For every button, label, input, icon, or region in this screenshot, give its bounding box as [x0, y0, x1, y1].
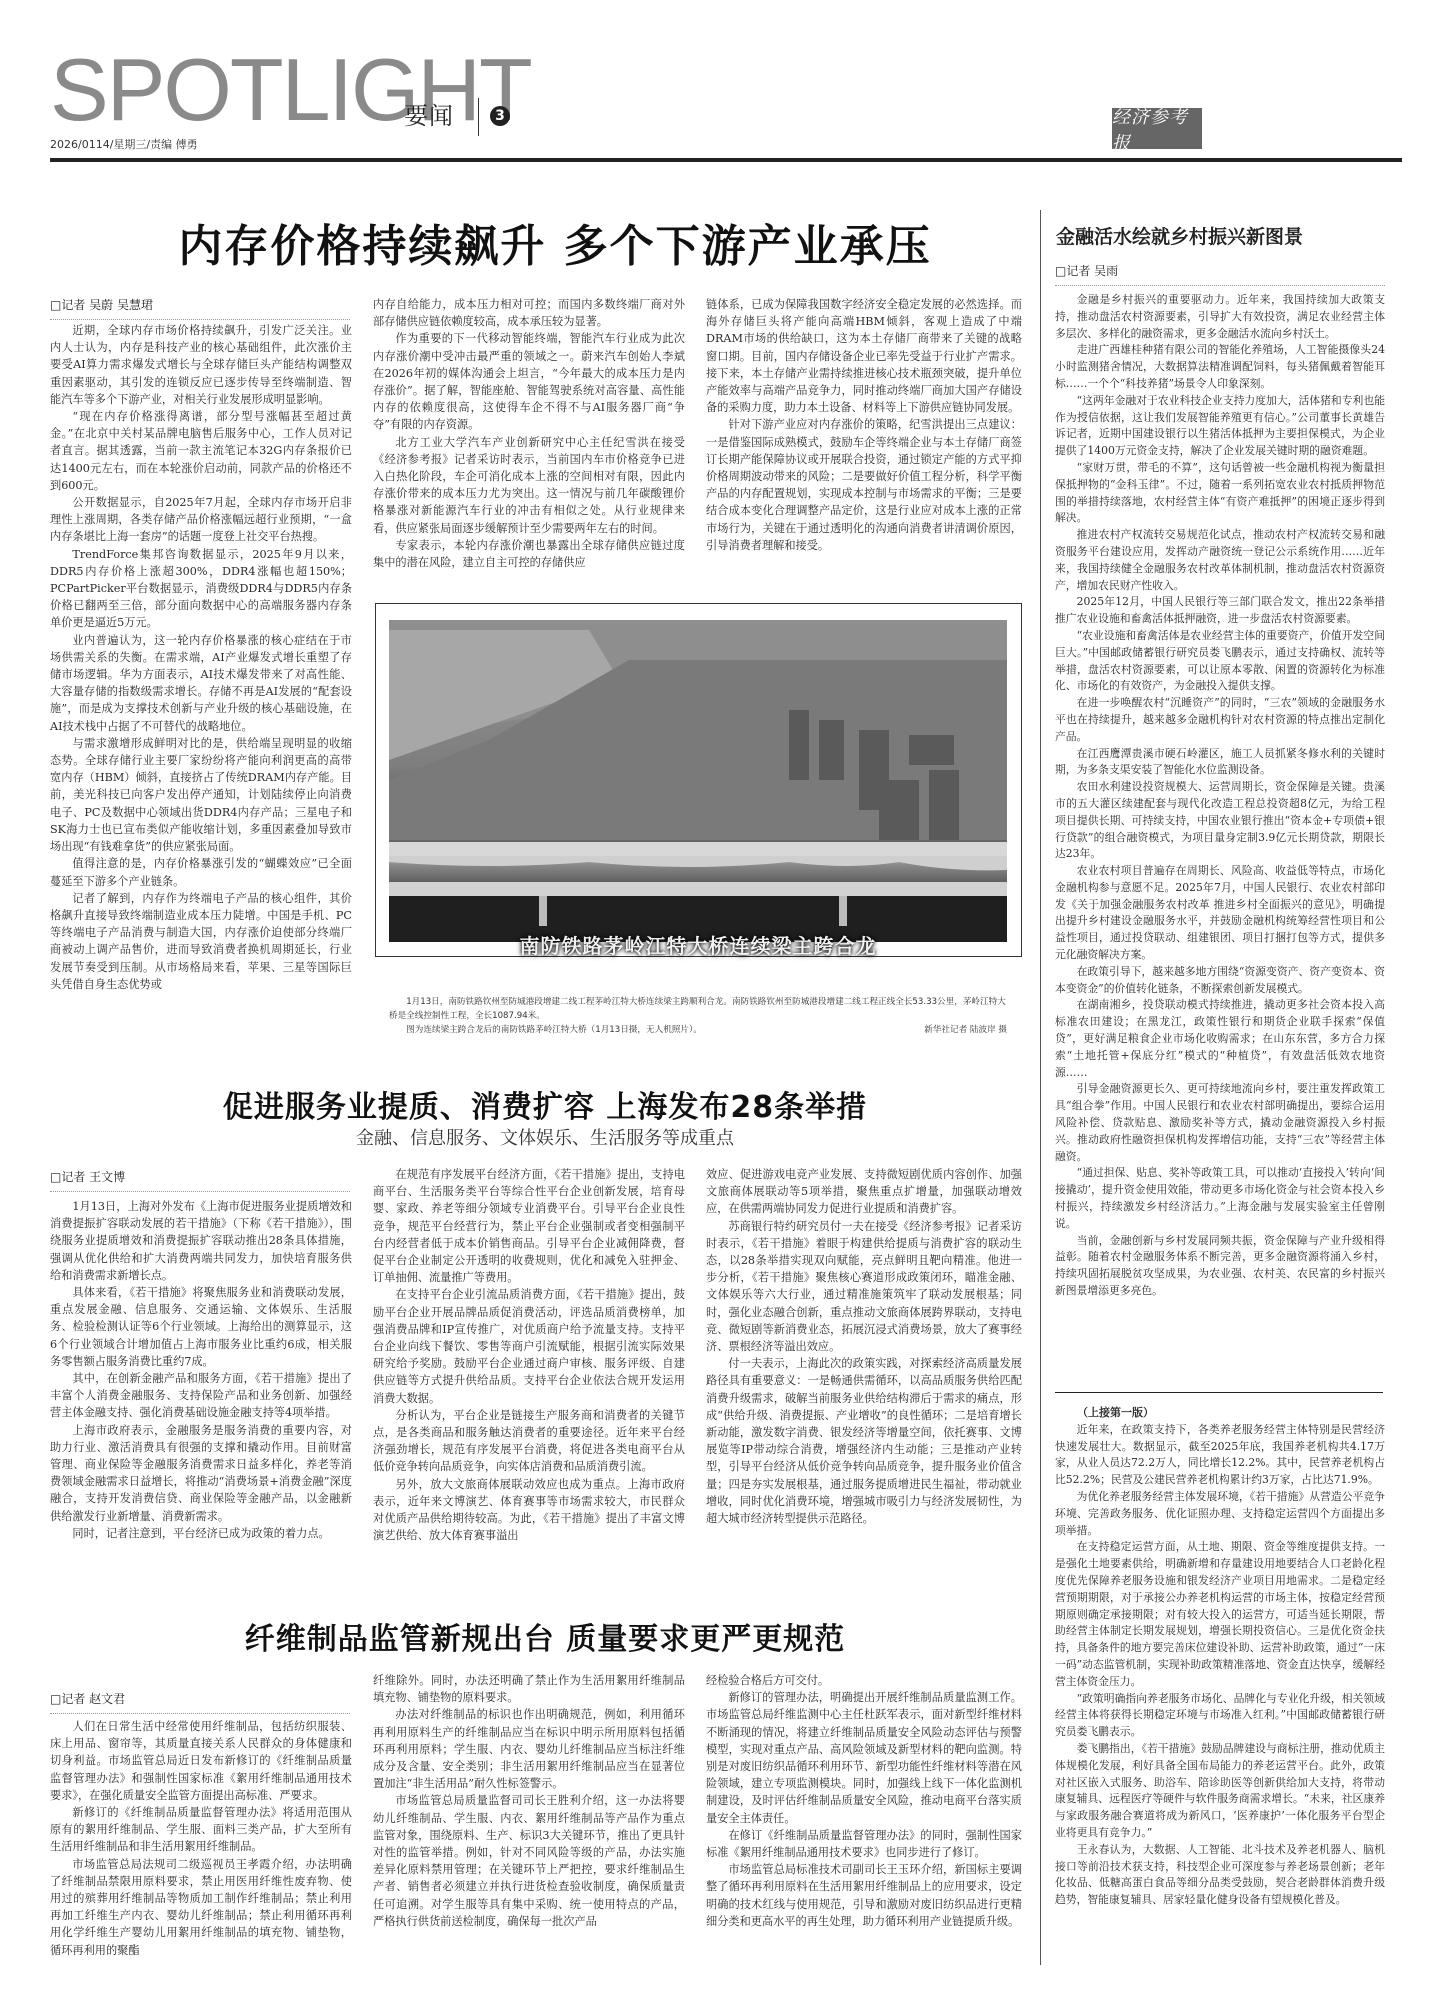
page-number-badge: 3 — [490, 106, 510, 126]
paragraph: 在支持平台企业引流品质消费方面，《若干措施》提出，鼓励平台企业开展品牌品质促消费… — [373, 1286, 685, 1406]
lead-byline: □记者 吴蔚 吴慧珺 — [50, 296, 350, 320]
paragraph: 走进广西雄桂种猪有限公司的智能化养殖场，人工智能摄像头24小时监测猪舍情况，大数… — [1055, 342, 1385, 392]
paragraph: 另外，放大文旅商体展联动效应也成为重点。上海市政府表示，近年来文博演艺、体育赛事… — [373, 1476, 685, 1545]
caption-line: 1月13日，南防铁路钦州至防城港段增建二线工程茅岭江特大桥连续梁主跨顺利合龙。南… — [389, 995, 1007, 1023]
continued-label: （上接第一版） — [1055, 1405, 1385, 1422]
paragraph: 具体来看，《若干措施》将聚焦服务业和消费联动发展，重点发展金融、信息服务、交通运… — [50, 1284, 352, 1370]
lead-column-3: 链体系，已成为保障我国数字经济安全稳定发展的必然选择。而海外存储巨头将产能向高端… — [706, 296, 1022, 554]
photo-credit: 新华社记者 陆波岸 摄 — [907, 1023, 1007, 1037]
paragraph: 分析认为，平台企业是链接生产服务商和消费者的关键节点，是各类商品和服务触达消费者… — [373, 1407, 685, 1476]
paragraph: 为优化养老服务经营主体发展环境，《若干措施》从营造公平竞争环境、完善政务服务、优… — [1055, 1489, 1385, 1539]
paragraph: 其中，在创新金融产品和服务方面，《若干措施》提出了丰富个人消费金融服务、支持保险… — [50, 1370, 352, 1422]
paragraph: 市场监管总局质量监督司司长王胜利介绍，这一办法将婴幼儿纤维制品、学生服、内衣、絮… — [373, 1792, 685, 1930]
shanghai-headline: 促进服务业提质、消费扩容 上海发布28条举措 — [60, 1082, 1030, 1126]
column-divider — [1040, 210, 1041, 1965]
paragraph: 新修订的管理办法，明确提出开展纤维制品质量监测工作。市场监管总局纤维监测中心主任… — [706, 1689, 1022, 1827]
paragraph: 专家表示，本轮内存涨价潮也暴露出全球存储供应链过度集中的潜在风险，建立自主可控的… — [373, 537, 685, 571]
paragraph: 新修订的《纤维制品质量监督管理办法》将适用范围从原有的絮用纤维制品、学生服、面料… — [50, 1804, 352, 1856]
paragraph: 在进一步唤醒农村“沉睡资产”的同时，“三农”领域的金融服务水平也在持续提升，越来… — [1055, 695, 1385, 745]
paragraph: “家财万贯，带毛的不算”，这句话曾被一些金融机构视为衡量担保抵押物的“金科玉律”… — [1055, 460, 1385, 527]
bridge-photo — [389, 620, 1007, 942]
paragraph: 农田水利建设投资规模大、运营周期长，资金保障是关键。贵溪市的五大灌区续建配套与现… — [1055, 779, 1385, 863]
paragraph: 链体系，已成为保障我国数字经济安全稳定发展的必然选择。而海外存储巨头将产能向高端… — [706, 296, 1022, 416]
paragraph: 在支持稳定运营方面，从土地、期限、资金等维度提供支持。一是强化土地要素供给，明确… — [1055, 1539, 1385, 1690]
paragraph: 2025年12月，中国人民银行等三部门联合发文，推出22条举措推广农业设施和畜禽… — [1055, 594, 1385, 628]
paragraph: 苏商银行特约研究员付一夫在接受《经济参考报》记者采访时表示，《若干措施》着眼于构… — [706, 1218, 1022, 1356]
fiber-column-1: 人们在日常生活中经常使用纤维制品，包括纺织服装、床上用品、窗帘等，其质量直接关系… — [50, 1718, 352, 1959]
paragraph: 值得注意的是，内存价格暴涨引发的“蝴蝶效应”已全面蔓延至下游多个产业链条。 — [50, 855, 352, 889]
right-headline: 金融活水绘就乡村振兴新图景 — [1056, 222, 1303, 249]
photo-caption: 1月13日，南防铁路钦州至防城港段增建二线工程茅岭江特大桥连续梁主跨顺利合龙。南… — [389, 995, 1007, 1037]
paragraph: 在修订《纤维制品质量监督管理办法》的同时，强制性国家标准《絮用纤维制品通用技术要… — [706, 1827, 1022, 1861]
section-title-en: SPOTLIGHT — [50, 46, 531, 134]
fiber-byline: □记者 赵文君 — [50, 1690, 350, 1714]
shanghai-subhead: 金融、信息服务、文体娱乐、生活服务等成重点 — [60, 1124, 1030, 1150]
lead-column-2: 内存自给能力，成本压力相对可控；而国内多数终端厂商对外部存储供应链依赖度较高，成… — [373, 296, 685, 571]
paragraph: 市场监管总局法规司二级巡视员王孝霞介绍，办法明确了纤维制品禁限用原料要求，禁止用… — [50, 1856, 352, 1959]
paragraph: 在政策引导下，越来越多地方围绕“资源变资产、资产变资本、资本变资金”的价值转化链… — [1055, 964, 1385, 998]
right-article-body: 金融是乡村振兴的重要驱动力。近年来，我国持续加大政策支持，推动盘活农村资源要素，… — [1055, 292, 1385, 1300]
paragraph: 上海市政府表示，金融服务是服务消费的重要内容，对助力行业、激活消费具有很强的支撑… — [50, 1422, 352, 1525]
paragraph: “农业设施和畜禽活体是农业经营主体的重要资产，价值开发空间巨大。”中国邮政储蓄银… — [1055, 628, 1385, 695]
fiber-column-2: 纤维除外。同时，办法还明确了禁止作为生活用絮用纤维制品填充物、铺垫物的原料要求。… — [373, 1672, 685, 1930]
paragraph: 推进农村产权流转交易规范化试点，推动农村产权流转交易和融资服务平台建设应用，发挥… — [1055, 527, 1385, 594]
bridge-photo-illustration — [389, 620, 1007, 942]
paragraph: 王永春认为，大数据、人工智能、北斗技术及养老机器人、脑机接口等前沿技术获支持，科… — [1055, 1842, 1385, 1909]
paragraph: “这两年金融对于农业科技企业支持力度加大，活体猪和专利也能作为授信依据，这让我们… — [1055, 393, 1385, 460]
paragraph: 效应、促进游戏电竞产业发展、支持微短剧优质内容创作、加强文旅商体展联动等5项举措… — [706, 1166, 1022, 1218]
right-byline: □记者 吴雨 — [1055, 262, 1385, 286]
paragraph: 针对下游产业应对内存涨价的策略，纪雪洪提出三点建议：一是借鉴国际成熟模式，鼓励车… — [706, 416, 1022, 554]
paragraph: 在江西鹰潭贵溪市硬石岭灌区，施工人员抓紧冬修水利的关键时期，为多条支渠安装了智能… — [1055, 746, 1385, 780]
paragraph: 内存自给能力，成本压力相对可控；而国内多数终端厂商对外部存储供应链依赖度较高，成… — [373, 296, 685, 330]
paragraph: “通过担保、贴息、奖补等政策工具，可以推动‘直接投入’转向‘间接撬动’，提升资金… — [1055, 1165, 1385, 1232]
paragraph: 引导金融资源更长久、更可持续地流向乡村，要注重发挥政策工具“组合拳”作用。中国人… — [1055, 1081, 1385, 1165]
paragraph: 作为重要的下一代移动智能终端，智能汽车行业成为此次内存涨价潮中受冲击最严重的领域… — [373, 330, 685, 433]
paragraph: 娄飞鹏指出，《若干措施》鼓励品牌建设与商标注册，推动优质主体规模化发展，利好具备… — [1055, 1741, 1385, 1842]
masthead-rule — [50, 158, 1402, 162]
paragraph: 记者了解到，内存作为终端电子产品的核心组件，其价格飙升直接导致终端制造业成本压力… — [50, 890, 352, 993]
paragraph: TrendForce集邦咨询数据显示，2025年9月以来，DDR5内存价格上涨超… — [50, 546, 352, 632]
section-title-cn: 要闻 — [404, 96, 454, 131]
paragraph: 金融是乡村振兴的重要驱动力。近年来，我国持续加大政策支持，推动盘活农村资源要素，… — [1055, 292, 1385, 342]
caption-text: 图为连续梁主跨合龙后的南防铁路茅岭江特大桥（1月13日摄，无人机照片）。 — [406, 1025, 702, 1035]
masthead-divider — [478, 98, 479, 136]
paragraph: 近期，全球内存市场价格持续飙升，引发广泛关注。业内人士认为，内存是科技产业的核心… — [50, 322, 352, 408]
paragraph: 与需求激增形成鲜明对比的是，供给端呈现明显的收缩态势。全球存储行业主要厂家纷纷将… — [50, 735, 352, 855]
fiber-column-3: 经检验合格后方可交付。 新修订的管理办法，明确提出开展纤维制品质量监测工作。市场… — [706, 1672, 1022, 1930]
caption-line: 图为连续梁主跨合龙后的南防铁路茅岭江特大桥（1月13日摄，无人机照片）。新华社记… — [389, 1023, 1007, 1037]
photo-overlay-title: 南防铁路茅岭江特大桥连续梁主跨合龙 — [389, 930, 1007, 959]
paragraph: 在规范有序发展平台经济方面，《若干措施》提出，支持电商平台、生活服务类平台等综合… — [373, 1166, 685, 1286]
paragraph: 北方工业大学汽车产业创新研究中心主任纪雪洪在接受《经济参考报》记者采访时表示，当… — [373, 434, 685, 537]
paragraph: 当前，金融创新与乡村发展同频共振，资金保障与产业升级相得益彰。随着农村金融服务体… — [1055, 1233, 1385, 1300]
newspaper-logo: 经济参考报 — [1112, 108, 1202, 149]
paragraph: 在湖南湘乡，投贷联动模式持续推进，撬动更多社会资本投入高标准农田建设；在黑龙江，… — [1055, 997, 1385, 1081]
paragraph: 公开数据显示，自2025年7月起，全球内存市场开启非理性上涨周期，各类存储产品价… — [50, 494, 352, 546]
paragraph: 农业农村项目普遍存在周期长、风险高、收益低等特点，市场化金融机构参与意愿不足。2… — [1055, 863, 1385, 964]
paragraph: 同时，记者注意到，平台经济已成为政策的着力点。 — [50, 1525, 352, 1542]
shanghai-column-2: 在规范有序发展平台经济方面，《若干措施》提出，支持电商平台、生活服务类平台等综合… — [373, 1166, 685, 1544]
lead-headline: 内存价格持续飙升 多个下游产业承压 — [80, 210, 1030, 274]
paragraph: “现在内存价格涨得离谱，部分型号涨幅甚至超过黄金。”在北京中关村某品牌电脑售后服… — [50, 408, 352, 494]
paragraph: “政策明确指向养老服务市场化、品牌化与专业化升级，相关领域经营主体将获得长期稳定… — [1055, 1691, 1385, 1741]
paragraph: 纤维除外。同时，办法还明确了禁止作为生活用絮用纤维制品填充物、铺垫物的原料要求。 — [373, 1672, 685, 1706]
paragraph: 近年来，在政策支持下，各类养老服务经营主体特别是民营经济快速发展壮大。数据显示，… — [1055, 1422, 1385, 1489]
paragraph: 经检验合格后方可交付。 — [706, 1672, 1022, 1689]
paragraph: 人们在日常生活中经常使用纤维制品，包括纺织服装、床上用品、窗帘等，其质量直接关系… — [50, 1718, 352, 1804]
paragraph: 办法对纤维制品的标识也作出明确规范，例如，利用循环再利用原料生产的纤维制品应当在… — [373, 1706, 685, 1792]
paragraph: 业内普遍认为，这一轮内存价格暴涨的核心症结在于市场供需关系的失衡。在需求端，AI… — [50, 632, 352, 735]
lead-column-1: 近期，全球内存市场价格持续飙升，引发广泛关注。业内人士认为，内存是科技产业的核心… — [50, 322, 352, 993]
shanghai-column-3: 效应、促进游戏电竞产业发展、支持微短剧优质内容创作、加强文旅商体展联动等5项举措… — [706, 1166, 1022, 1527]
continued-article-body: （上接第一版） 近年来，在政策支持下，各类养老服务经营主体特别是民营经济快速发展… — [1055, 1405, 1385, 1909]
paragraph: 市场监管总局标准技术司副司长王玉环介绍，新国标主要调整了循环再利用原料在生活用絮… — [706, 1861, 1022, 1930]
dateline: 2026/0114/星期三/责编 傅勇 — [50, 136, 198, 152]
paragraph: 付一夫表示，上海此次的政策实践，对探索经济高质量发展路径具有重要意义：一是畅通供… — [706, 1355, 1022, 1527]
fiber-headline: 纤维制品监管新规出台 质量要求更严更规范 — [60, 1614, 1030, 1658]
shanghai-byline: □记者 王文博 — [50, 1168, 350, 1192]
paragraph: 1月13日，上海对外发布《上海市促进服务业提质增效和消费提振扩容联动发展的若干措… — [50, 1198, 352, 1284]
shanghai-column-1: 1月13日，上海对外发布《上海市促进服务业提质增效和消费提振扩容联动发展的若干措… — [50, 1198, 352, 1542]
section-rule — [1055, 1392, 1383, 1393]
